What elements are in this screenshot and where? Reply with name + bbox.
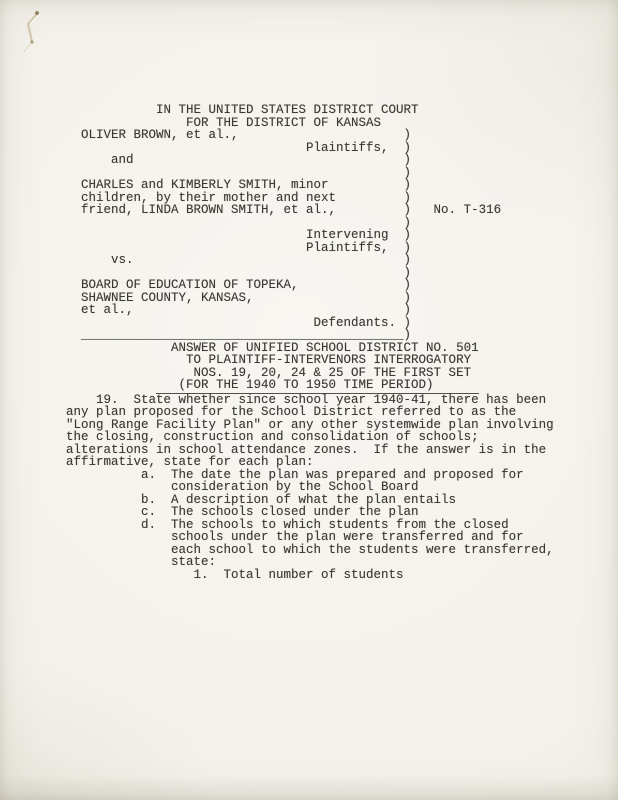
list-item-c: c. The schools closed under the plan xyxy=(66,506,554,519)
list-item-a: a. The date the plan was prepared and pr… xyxy=(66,469,554,494)
list-item-d: d. The schools to which students from th… xyxy=(66,519,554,569)
case-caption: OLIVER BROWN, et al., ) Plaintiffs, ) an… xyxy=(66,129,554,342)
court-header: IN THE UNITED STATES DISTRICT COURT FOR … xyxy=(66,104,554,129)
document-content: IN THE UNITED STATES DISTRICT COURT FOR … xyxy=(0,0,554,581)
list-item-d-sub-1: 1. Total number of students xyxy=(66,569,554,582)
document-page: IN THE UNITED STATES DISTRICT COURT FOR … xyxy=(0,0,618,800)
document-title: ANSWER OF UNIFIED SCHOOL DISTRICT NO. 50… xyxy=(66,342,554,392)
interrogatory-19-paragraph: 19. State whether since school year 1940… xyxy=(66,394,554,469)
